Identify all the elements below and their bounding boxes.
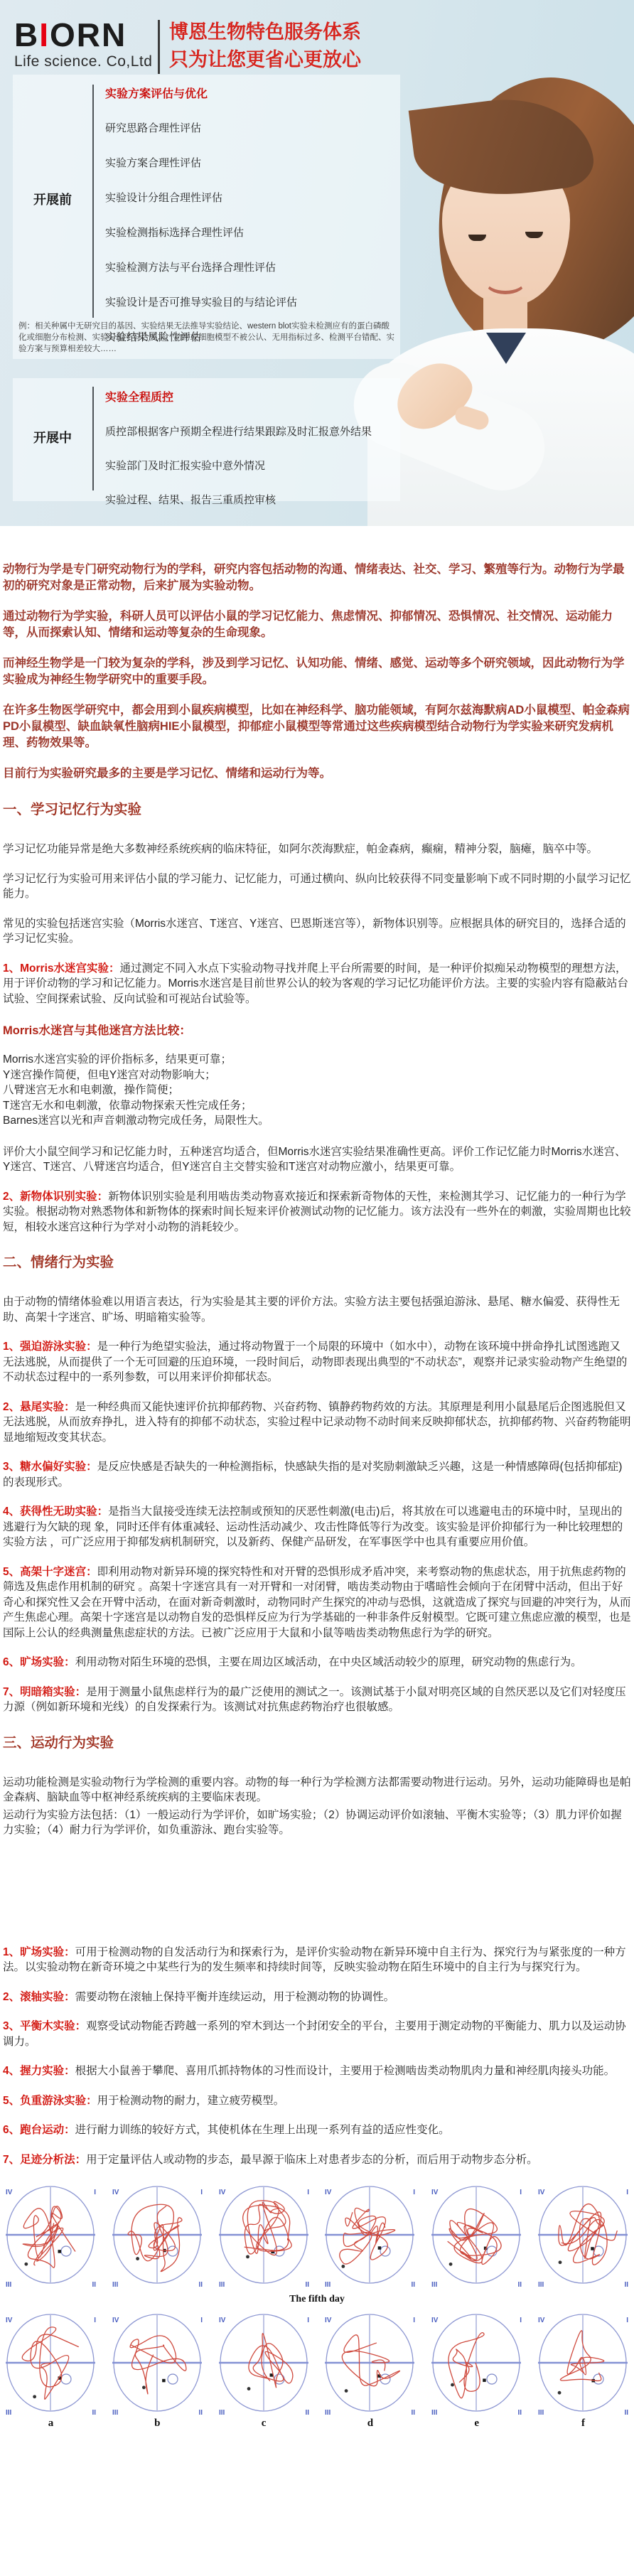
stage-label: 开展中 [13,378,92,495]
experiment-item: 2、新物体识别实验：新物体识别实验是利用啮齿类动物喜欢接近和探索新奇物体的天性，… [3,1189,631,1235]
svg-text:II: II [198,2281,203,2288]
experiment-item: 6、跑台运动：进行耐力训练的较好方式，其使机体在生理上出现一系列有益的适应性变化… [3,2122,631,2138]
svg-text:I: I [626,2189,628,2196]
maze-swim-path-plot: IVIIIIII [216,2181,312,2288]
maze-row-day5: IVIIIIIIIVIIIIIIIVIIIIIIIVIIIIIIIVIIIIII… [3,2181,631,2288]
experiment-item: 3、平衡木实验：观察受试动物能否跨越一系列的窄木到达一个封闭安全的平台，主要用于… [3,2019,631,2049]
paragraph: 常见的实验包括迷宫实验（Morris水迷宫、T迷宫、Y迷宫、巴恩斯迷宫等），新物… [3,916,631,947]
svg-text:II: II [518,2409,522,2416]
panel-divider-line [92,387,94,490]
svg-text:I: I [626,2317,628,2324]
panel-item: 实验设计分组合理性评估 [105,190,394,205]
maze-swim-path-plot: IVIIIIII [3,2181,99,2288]
photo-woman [392,0,634,526]
biorn-logo: BIORN Life science. Co,Ltd [14,18,152,70]
item-text: 利用动物对陌生环境的恐惧，主要在周边区域活动，在中央区域活动较少的原理，研究动物… [75,1656,582,1668]
item-text: 观察受试动物能否跨越一系列的窄木到达一个封闭安全的平台，主要用于测定动物的平衡能… [3,2020,626,2048]
svg-text:IV: IV [219,2317,226,2324]
compare-line: Y迷宫操作简便，但电Y迷宫对动物影响大； [3,1068,631,1083]
experiment-item: 5、高架十字迷宫：即利用动物对新异环境的探究特性和对开臂的恐惧形成矛盾冲突，来考… [3,1565,631,1641]
article: 动物行为学是专门研究动物行为的学科，研究内容包括动物的沟通、情绪表达、社交、学习… [0,526,634,2430]
maze-figure: IVIIIIIIIVIIIIIIIVIIIIIIIVIIIIIIIVIIIIII… [3,2181,631,2430]
panel-item: 研究思路合理性评估 [105,120,394,135]
panel-in-progress: 开展中 实验全程质控 质控部根据客户预期全程进行结果跟踪及时汇报意外结果实验部门… [13,378,400,501]
paragraph: 运动行为实验方法包括：（1）一般运动行为学评价，如旷场实验；（2）协调运动评价如… [3,1808,631,1838]
paragraph: 运动功能检测是实验动物行为学检测的重要内容。动物的每一种行为学检测方法都需要动物… [3,1775,631,1805]
svg-text:I: I [200,2189,203,2196]
maze-swim-path-plot: IVIIIIII [216,2309,312,2416]
experiment-item: 7、明暗箱实验：是用于测量小鼠焦虑样行为的最广泛使用的测试之一。该测试基于小鼠对… [3,1685,631,1715]
item-label: 4、获得性无助实验： [3,1506,108,1518]
svg-text:III: III [538,2409,544,2416]
svg-text:I: I [520,2189,522,2196]
svg-text:I: I [520,2317,522,2324]
svg-text:III: III [325,2409,331,2416]
item-text: 可用于检测动物的自发活动行为和探索行为，是评价实验动物在新异环境中自主行为、探究… [3,1946,626,1974]
maze-letter: e [429,2417,525,2430]
svg-text:I: I [94,2317,96,2324]
svg-text:II: II [624,2409,628,2416]
maze-swim-path-plot: IVIIIIII [109,2181,205,2288]
maze-letter: f [535,2417,631,2430]
section-heading: 二、情绪行为实验 [3,1255,631,1270]
maze-letter: c [216,2417,312,2430]
svg-text:IV: IV [325,2317,332,2324]
woman-collar [486,333,526,364]
compare-line: T迷宫无水和电刺激，依靠动物探索天性完成任务； [3,1098,631,1114]
paragraph: 学习记忆行为实验可用来评估小鼠的学习能力、记忆能力，可通过横向、纵向比较获得不同… [3,871,631,902]
svg-text:IV: IV [431,2317,439,2324]
panel-items: 质控部根据客户预期全程进行结果跟踪及时汇报意外结果实验部门及时汇报实验中意外情况… [105,424,394,507]
section-heading: 三、运动行为实验 [3,1735,631,1751]
panel-title: 实验全程质控 [105,388,394,404]
maze-letter: d [322,2417,418,2430]
svg-text:II: II [412,2409,416,2416]
section-heading: 一、学习记忆行为实验 [3,802,631,817]
paragraph: 学习记忆功能异常是绝大多数神经系统疾病的临床特征，如阿尔茨海默症，帕金森病，癫痫… [3,842,631,857]
maze-swim-path-plot: IVIIIIII [322,2181,418,2288]
maze-swim-path-plot: IVIIIIII [429,2309,525,2416]
panel-item: 实验方案合理性评估 [105,155,394,170]
item-text: 用于检测动物的耐力，建立疲劳模型。 [97,2095,285,2107]
item-text: 是用于测量小鼠焦虑样行为的最广泛使用的测试之一。该测试基于小鼠对明亮区域的自然厌… [3,1686,626,1714]
svg-text:IV: IV [431,2189,439,2196]
brand-subtitle: Life science. Co,Ltd [14,53,152,70]
tagline-line-2: 只为让您更省心更放心 [169,46,361,74]
maze-caption: The fifth day [3,2294,631,2305]
hero-tagline: 博恩生物特色服务体系 只为让您更省心更放心 [169,18,361,74]
svg-text:II: II [412,2281,416,2288]
experiment-item: 2、悬尾实验：是一种经典而又能快速评价抗抑郁药物、兴奋药物、镇静药物药效的方法。… [3,1400,631,1446]
svg-text:II: II [305,2281,309,2288]
experiment-item: 5、负重游泳实验：用于检测动物的耐力，建立疲劳模型。 [3,2093,631,2109]
content-blocks: 动物行为学是专门研究动物行为的学科，研究内容包括动物的沟通、情绪表达、社交、学习… [3,562,631,2167]
woman-smile [485,269,526,294]
svg-text:IV: IV [6,2189,13,2196]
maze-swim-path-plot: IVIIIIII [535,2181,631,2288]
item-text: 即利用动物对新异环境的探究特性和对开臂的恐惧形成矛盾冲突，来考察动物的焦虑状态，… [3,1566,631,1639]
svg-text:I: I [414,2317,416,2324]
svg-text:III: III [6,2409,12,2416]
paragraph: 评价大小鼠空间学习和记忆能力时，五种迷宫均适合，但Morris水迷宫实验结果准确… [3,1144,631,1175]
svg-text:II: II [92,2281,96,2288]
svg-text:III: III [431,2281,438,2288]
paragraph: 由于动物的情绪体验难以用语言表达，行为实验是其主要的评价方法。实验方法主要包括强… [3,1294,631,1325]
item-label: 2、新物体识别实验： [3,1191,108,1203]
item-label: 5、高架十字迷宫： [3,1566,97,1578]
item-label: 2、滚轴实验： [3,1991,75,2003]
svg-text:IV: IV [538,2189,545,2196]
svg-text:I: I [414,2189,416,2196]
experiment-item: 1、强迫游泳实验：是一种行为绝望实验法，通过将动物置于一个局限的环境中（如水中）… [3,1339,631,1385]
svg-text:I: I [307,2317,309,2324]
stage-label: 开展前 [13,75,92,323]
maze-swim-path-plot: IVIIIIII [535,2309,631,2416]
maze-swim-path-plot: IVIIIIII [3,2309,99,2416]
experiment-item: 1、Morris水迷宫实验：通过测定不同入水点下实验动物寻找并爬上平台所需要的时… [3,961,631,1007]
svg-text:II: II [518,2281,522,2288]
item-text: 是一种行为绝望实验法，通过将动物置于一个局限的环境中（如水中），动物在该环境中拼… [3,1341,627,1383]
item-label: 1、旷场实验： [3,1946,75,1958]
svg-text:I: I [307,2189,309,2196]
lead-paragraph: 目前行为实验研究最多的主要是学习记忆、情绪和运动行为等。 [3,766,631,782]
svg-text:IV: IV [538,2317,545,2324]
maze-letter: a [3,2417,99,2430]
svg-text:II: II [624,2281,628,2288]
panel-item: 实验设计是否可推导实验目的与结论评估 [105,294,394,309]
compare-line: Barnes迷宫以光和声音刺激动物完成任务，局限性大。 [3,1113,631,1129]
svg-text:II: II [92,2409,96,2416]
item-label: 1、Morris水迷宫实验： [3,962,120,975]
svg-text:III: III [538,2281,544,2288]
hero-banner: BIORN Life science. Co,Ltd 博恩生物特色服务体系 只为… [0,0,634,526]
item-text: 用于定量评估人或动物的步态，最早源于临床上对患者步态的分析，而后用于动物步态分析… [86,2154,538,2166]
brand-letters: ORN [50,16,127,53]
item-text: 根据大小鼠善于攀爬、喜用爪抓持物体的习性而设计，主要用于检测啮齿类动物肌肉力量和… [75,2065,616,2077]
maze-swim-path-plot: IVIIIIII [429,2181,525,2288]
svg-text:II: II [198,2409,203,2416]
panel-note: 例：相关种属中无研究目的基因、实验结果无法推导实验结论、western blot… [18,321,394,355]
panel-item-list: 实验全程质控 质控部根据客户预期全程进行结果跟踪及时汇报意外结果实验部门及时汇报… [105,388,394,526]
maze-swim-path-plot: IVIIIIII [109,2309,205,2416]
spacer [3,1129,631,1144]
experiment-item: 6、旷场实验：利用动物对陌生环境的恐惧，主要在周边区域活动，在中央区域活动较少的… [3,1655,631,1670]
item-label: 6、旷场实验： [3,1656,75,1668]
svg-text:II: II [305,2409,309,2416]
svg-text:IV: IV [6,2317,13,2324]
brand-wordmark: BIORN [14,18,152,51]
svg-text:IV: IV [112,2189,119,2196]
sub-heading: Morris水迷宫与其他迷宫方法比较： [3,1021,631,1038]
svg-text:I: I [94,2189,96,2196]
experiment-item: 2、滚轴实验：需要动物在滚轴上保持平衡并连续运动，用于检测动物的协调性。 [3,1990,631,2005]
lead-paragraph: 而神经生物学是一门较为复杂的学科，涉及到学习记忆、认知功能、情绪、感觉、运动等多… [3,655,631,688]
page: BIORN Life science. Co,Ltd 博恩生物特色服务体系 只为… [0,0,634,2576]
lead-paragraph: 通过动物行为学实验，科研人员可以评估小鼠的学习记忆能力、焦虑情况、抑郁情况、恐惧… [3,608,631,641]
item-text: 需要动物在滚轴上保持平衡并连续运动，用于检测动物的协调性。 [75,1991,395,2003]
panel-item: 实验部门及时汇报实验中意外情况 [105,458,394,473]
lead-paragraph: 动物行为学是专门研究动物行为的学科，研究内容包括动物的沟通、情绪表达、社交、学习… [3,562,631,594]
panel-before-start: 开展前 实验方案评估与优化 研究思路合理性评估实验方案合理性评估实验设计分组合理… [13,75,400,359]
item-label: 3、平衡木实验： [3,2020,86,2032]
panel-item: 实验过程、结果、报告三重质控审核 [105,492,394,507]
experiment-item: 7、足迹分析法：用于定量评估人或动物的步态，最早源于临床上对患者步态的分析，而后… [3,2152,631,2168]
maze-row-labeled: IVIIIIIIIVIIIIIIIVIIIIIIIVIIIIIIIVIIIIII… [3,2309,631,2416]
item-label: 2、悬尾实验： [3,1401,75,1413]
svg-text:IV: IV [219,2189,226,2196]
svg-text:III: III [325,2281,331,2288]
experiment-item: 4、握力实验：根据大小鼠善于攀爬、喜用爪抓持物体的习性而设计，主要用于检测啮齿类… [3,2064,631,2079]
item-text: 进行耐力训练的较好方式，其使机体在生理上出现一系列有益的适应性变化。 [75,2124,450,2136]
panel-item: 质控部根据客户预期全程进行结果跟踪及时汇报意外结果 [105,424,394,439]
item-label: 1、强迫游泳实验： [3,1341,97,1353]
logo-divider [158,20,160,74]
maze-letter: b [109,2417,205,2430]
item-label: 7、明暗箱实验： [3,1686,86,1698]
svg-text:III: III [219,2409,225,2416]
maze-swim-path-plot: IVIIIIII [322,2309,418,2416]
maze-letter-row: abcdef [3,2417,631,2430]
svg-text:III: III [112,2281,119,2288]
compare-line: 八臂迷宫无水和电刺激，操作简便； [3,1083,631,1098]
item-label: 5、负重游泳实验： [3,2095,97,2107]
panel-items: 研究思路合理性评估实验方案合理性评估实验设计分组合理性评估实验检测指标选择合理性… [105,120,394,344]
item-text: 是一种经典而又能快速评价抗抑郁药物、兴奋药物、镇静药物药效的方法。其原理是利用小… [3,1401,631,1444]
item-label: 3、糖水偏好实验： [3,1461,97,1473]
brand-accent-letter: I [39,16,50,53]
item-label: 4、握力实验： [3,2065,75,2077]
panel-divider-line [92,85,94,318]
svg-text:III: III [6,2281,12,2288]
panel-item: 实验检测指标选择合理性评估 [105,225,394,240]
brand-letters: B [14,16,39,53]
item-label: 6、跑台运动： [3,2124,75,2136]
panel-item: 实验检测方法与平台选择合理性评估 [105,259,394,274]
experiment-item: 3、糖水偏好实验：是反应快感是否缺失的一种检测指标，快感缺失指的是对奖励刺激缺乏… [3,1459,631,1490]
item-label: 7、足迹分析法： [3,2154,86,2166]
tagline-line-1: 博恩生物特色服务体系 [169,18,361,46]
lead-paragraph: 在许多生物医学研究中，都会用到小鼠疾病模型，比如在神经科学、脑功能领域，有阿尔兹… [3,702,631,751]
svg-text:III: III [431,2409,438,2416]
svg-text:III: III [219,2281,225,2288]
experiment-item: 1、旷场实验：可用于检测动物的自发活动行为和探索行为，是评价实验动物在新异环境中… [3,1945,631,1975]
svg-text:III: III [112,2409,119,2416]
svg-text:IV: IV [325,2189,332,2196]
experiment-item: 4、获得性无助实验：是指当大鼠接受连续无法控制或预知的厌恶性刺激(电击)后，将其… [3,1504,631,1550]
svg-text:I: I [200,2317,203,2324]
compare-line: Morris水迷宫实验的评价指标多，结果更可靠； [3,1052,631,1068]
spacer [3,1852,631,1945]
panel-title: 实验方案评估与优化 [105,85,394,101]
svg-text:IV: IV [112,2317,119,2324]
